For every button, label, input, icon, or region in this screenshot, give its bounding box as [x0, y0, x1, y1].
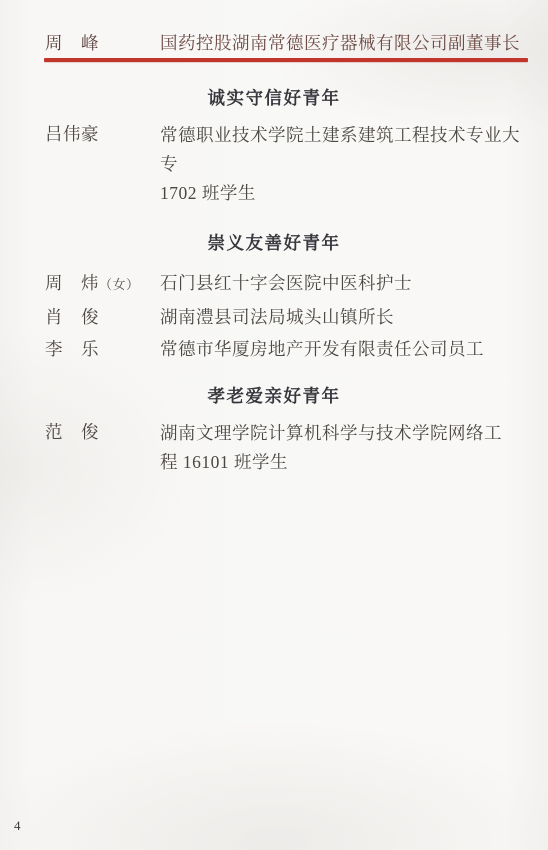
awardee-description: 湖南文理学院计算机科学与技术学院网络工 程 16101 班学生 [160, 419, 530, 477]
awardee-description: 石门县红十字会医院中医科护士 [160, 267, 530, 301]
red-underline [44, 58, 528, 62]
document-page: 周 峰 国药控股湖南常德医疗器械有限公司副董事长 诚实守信好青年 吕伟豪 常德职… [0, 0, 548, 850]
awardee-name: 周 峰 [45, 30, 160, 56]
awardee-name: 吕伟豪 [45, 121, 160, 208]
section-heading-filial: 孝老爱亲好青年 [0, 386, 548, 406]
awardee-description: 常德市华厦房地产开发有限责任公司员工 [160, 333, 530, 365]
description-line: 程 16101 班学生 [160, 448, 530, 477]
page-number: 4 [14, 818, 21, 834]
description-line: 湖南文理学院计算机科学与技术学院网络工 [160, 419, 530, 448]
awardee-name-text: 周 炜 [45, 273, 99, 293]
awardee-name: 李 乐 [45, 333, 160, 365]
awardee-name: 肖 俊 [45, 301, 160, 333]
awardee-row: 吕伟豪 常德职业技术学院土建系建筑工程技术专业大专 1702 班学生 [0, 121, 548, 208]
awardee-group: 周 炜（女） 石门县红十字会医院中医科护士 肖 俊 湖南澧县司法局城头山镇所长 … [0, 267, 548, 365]
awardee-description: 湖南澧县司法局城头山镇所长 [160, 301, 530, 333]
awardee-row: 范 俊 湖南文理学院计算机科学与技术学院网络工 程 16101 班学生 [0, 419, 548, 477]
awardee-name: 周 炜（女） [45, 267, 160, 301]
awardee-description: 常德职业技术学院土建系建筑工程技术专业大专 1702 班学生 [160, 121, 530, 208]
description-line: 常德职业技术学院土建系建筑工程技术专业大专 [160, 121, 530, 179]
awardee-name: 范 俊 [45, 419, 160, 477]
section-heading-kindness: 崇义友善好青年 [0, 233, 548, 253]
section-heading-honest: 诚实守信好青年 [0, 88, 548, 108]
awardee-row: 周 炜（女） 石门县红十字会医院中医科护士 [0, 267, 548, 301]
awardee-row: 李 乐 常德市华厦房地产开发有限责任公司员工 [0, 333, 548, 365]
awardee-row: 肖 俊 湖南澧县司法局城头山镇所长 [0, 301, 548, 333]
top-awardee-row: 周 峰 国药控股湖南常德医疗器械有限公司副董事长 [0, 30, 548, 56]
gender-suffix: （女） [99, 277, 140, 292]
description-line: 1702 班学生 [160, 179, 530, 208]
awardee-title: 国药控股湖南常德医疗器械有限公司副董事长 [160, 30, 520, 56]
